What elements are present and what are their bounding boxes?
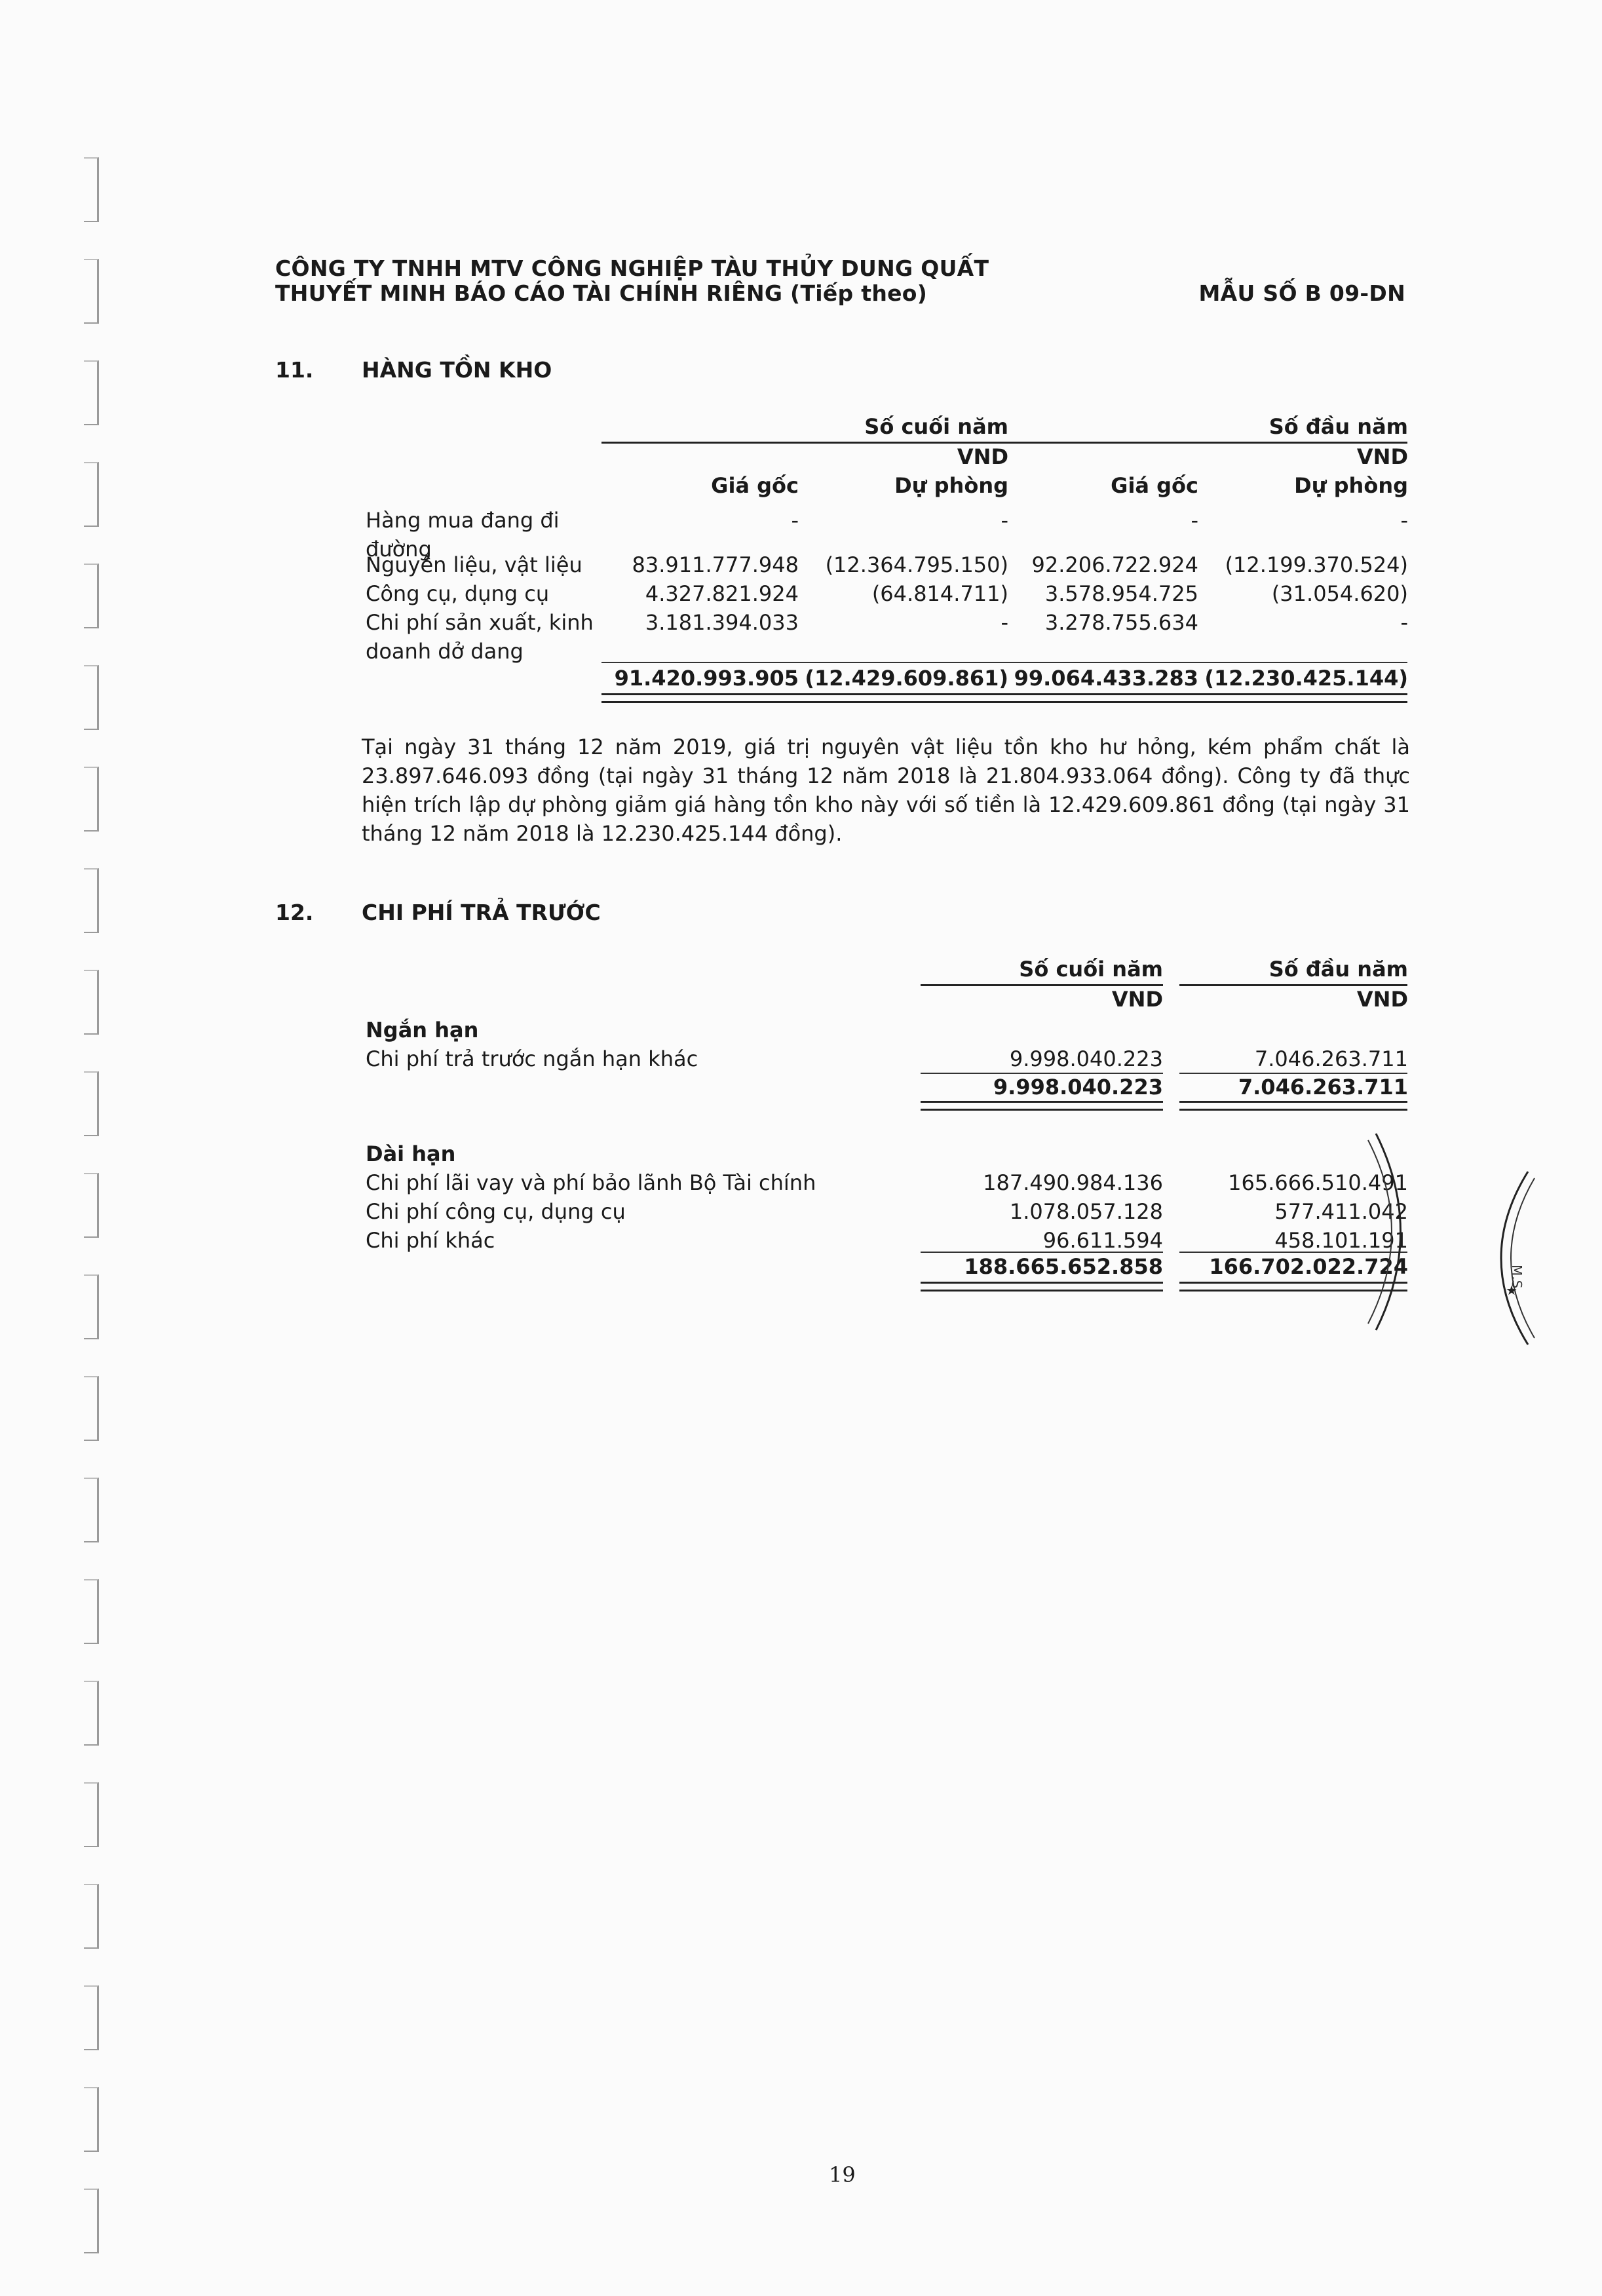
binding-hole-mark [84, 1681, 99, 1746]
binding-hole-mark [84, 2087, 99, 2152]
inventory-start-prov: (12.199.370.524) [1225, 552, 1408, 577]
inventory-note: Tại ngày 31 tháng 12 năm 2019, giá trị n… [362, 733, 1410, 848]
col-end-cost: Giá gốc [711, 473, 799, 498]
stamp-arc-right: M.S ★ [1487, 1166, 1579, 1350]
currency-end: VND [1112, 987, 1163, 1012]
total-start-provision: (12.230.425.144) [1204, 666, 1408, 691]
long-term-rule-end [921, 1252, 1163, 1253]
stamp-arc-left [1363, 1127, 1422, 1337]
binding-hole-mark [84, 970, 99, 1035]
inventory-end-cost: - [791, 508, 799, 533]
binding-hole-mark [84, 462, 99, 527]
inventory-start-cost: 3.578.954.725 [1045, 581, 1198, 606]
inventory-end-prov: (12.364.795.150) [826, 552, 1008, 577]
inventory-start-prov: - [1400, 508, 1408, 533]
inventory-row-label: doanh dở dang [366, 639, 524, 664]
binding-hole-mark [84, 1782, 99, 1847]
section-12-number: 12. [275, 900, 313, 925]
long-term-double-rule-end [921, 1282, 1163, 1291]
currency-end: VND [957, 444, 1008, 469]
binding-hole-mark [84, 868, 99, 933]
col-period-start: Số đầu năm [1269, 957, 1408, 982]
long-term-total-end: 188.665.652.858 [964, 1254, 1163, 1279]
report-subtitle: THUYẾT MINH BÁO CÁO TÀI CHÍNH RIÊNG (Tiế… [275, 280, 927, 306]
star-icon: ★ [1506, 1282, 1517, 1298]
short-term-double-rule-start [1179, 1101, 1407, 1111]
col-period-end: Số cuối năm [1019, 957, 1163, 982]
currency-start: VND [1357, 987, 1408, 1012]
binding-hole-mark [84, 1985, 99, 2050]
inventory-row-label: Chi phí sản xuất, kinh [366, 610, 594, 635]
col-period-end: Số cuối năm [864, 414, 1008, 439]
short-term-double-rule-end [921, 1101, 1163, 1111]
total-double-rule [601, 693, 1407, 703]
short-term-row-end: 9.998.040.223 [1010, 1046, 1163, 1071]
long-term-row-end: 96.611.594 [1043, 1228, 1163, 1253]
binding-hole-mark [84, 2189, 99, 2253]
inventory-row-label: Công cụ, dụng cụ [366, 581, 549, 606]
inventory-end-cost: 4.327.821.924 [645, 581, 799, 606]
col-start-cost: Giá gốc [1111, 473, 1198, 498]
long-term-row-label: Chi phí khác [366, 1228, 495, 1253]
long-term-row-label: Chi phí lãi vay và phí bảo lãnh Bộ Tài c… [366, 1170, 816, 1195]
binding-hole-mark [84, 1884, 99, 1949]
section-11-title: HÀNG TỒN KHO [362, 357, 552, 383]
inventory-end-prov: - [1001, 610, 1008, 635]
inventory-end-prov: (64.814.711) [872, 581, 1008, 606]
inventory-end-cost: 83.911.777.948 [632, 552, 799, 577]
col-period-start: Số đầu năm [1269, 414, 1408, 439]
header-rule [601, 442, 1407, 444]
binding-hole-mark [84, 259, 99, 324]
header-rule-end [921, 984, 1163, 986]
binding-hole-mark [84, 1071, 99, 1136]
form-code: MẪU SỐ B 09-DN [1199, 280, 1405, 306]
binding-hole-mark [84, 360, 99, 425]
section-12-title: CHI PHÍ TRẢ TRƯỚC [362, 900, 601, 925]
binding-hole-mark [84, 564, 99, 628]
short-term-rule-start [1179, 1073, 1407, 1074]
short-term-total-start: 7.046.263.711 [1238, 1075, 1408, 1100]
total-top-rule [601, 662, 1407, 663]
section-11-number: 11. [275, 357, 313, 383]
inventory-start-cost: 92.206.722.924 [1032, 552, 1198, 577]
short-term-row-start: 7.046.263.711 [1255, 1046, 1408, 1071]
total-start-cost: 99.064.433.283 [1014, 666, 1198, 691]
binding-hole-mark [84, 665, 99, 730]
col-start-provision: Dự phòng [1294, 473, 1408, 498]
short-term-heading: Ngắn hạn [366, 1018, 478, 1043]
long-term-row-label: Chi phí công cụ, dụng cụ [366, 1199, 626, 1224]
inventory-start-cost: - [1191, 508, 1198, 533]
binding-hole-mark [84, 1478, 99, 1542]
long-term-row-end: 1.078.057.128 [1010, 1199, 1163, 1224]
short-term-rule-end [921, 1073, 1163, 1074]
inventory-start-prov: - [1400, 610, 1408, 635]
binding-hole-mark [84, 1579, 99, 1644]
binding-hole-mark [84, 1173, 99, 1238]
page-number: 19 [829, 2162, 856, 2187]
inventory-end-prov: - [1001, 508, 1008, 533]
total-end-cost: 91.420.993.905 [615, 666, 799, 691]
inventory-start-prov: (31.054.620) [1272, 581, 1408, 606]
binding-hole-mark [84, 1274, 99, 1339]
long-term-row-end: 187.490.984.136 [983, 1170, 1163, 1195]
short-term-total-end: 9.998.040.223 [993, 1075, 1163, 1100]
col-end-provision: Dự phòng [894, 473, 1008, 498]
binding-hole-mark [84, 157, 99, 222]
inventory-start-cost: 3.278.755.634 [1045, 610, 1198, 635]
binding-hole-mark [84, 767, 99, 832]
binding-hole-mark [84, 1376, 99, 1441]
long-term-heading: Dài hạn [366, 1141, 455, 1166]
short-term-row-label: Chi phí trả trước ngắn hạn khác [366, 1046, 698, 1071]
inventory-row-label: Nguyên liệu, vật liệu [366, 552, 582, 577]
inventory-end-cost: 3.181.394.033 [645, 610, 799, 635]
currency-start: VND [1357, 444, 1408, 469]
total-end-provision: (12.429.609.861) [805, 666, 1008, 691]
header-rule-start [1179, 984, 1407, 986]
inventory-row-label: Hàng mua đang đi [366, 508, 560, 533]
company-name: CÔNG TY TNHH MTV CÔNG NGHIỆP TÀU THỦY DU… [275, 256, 989, 281]
